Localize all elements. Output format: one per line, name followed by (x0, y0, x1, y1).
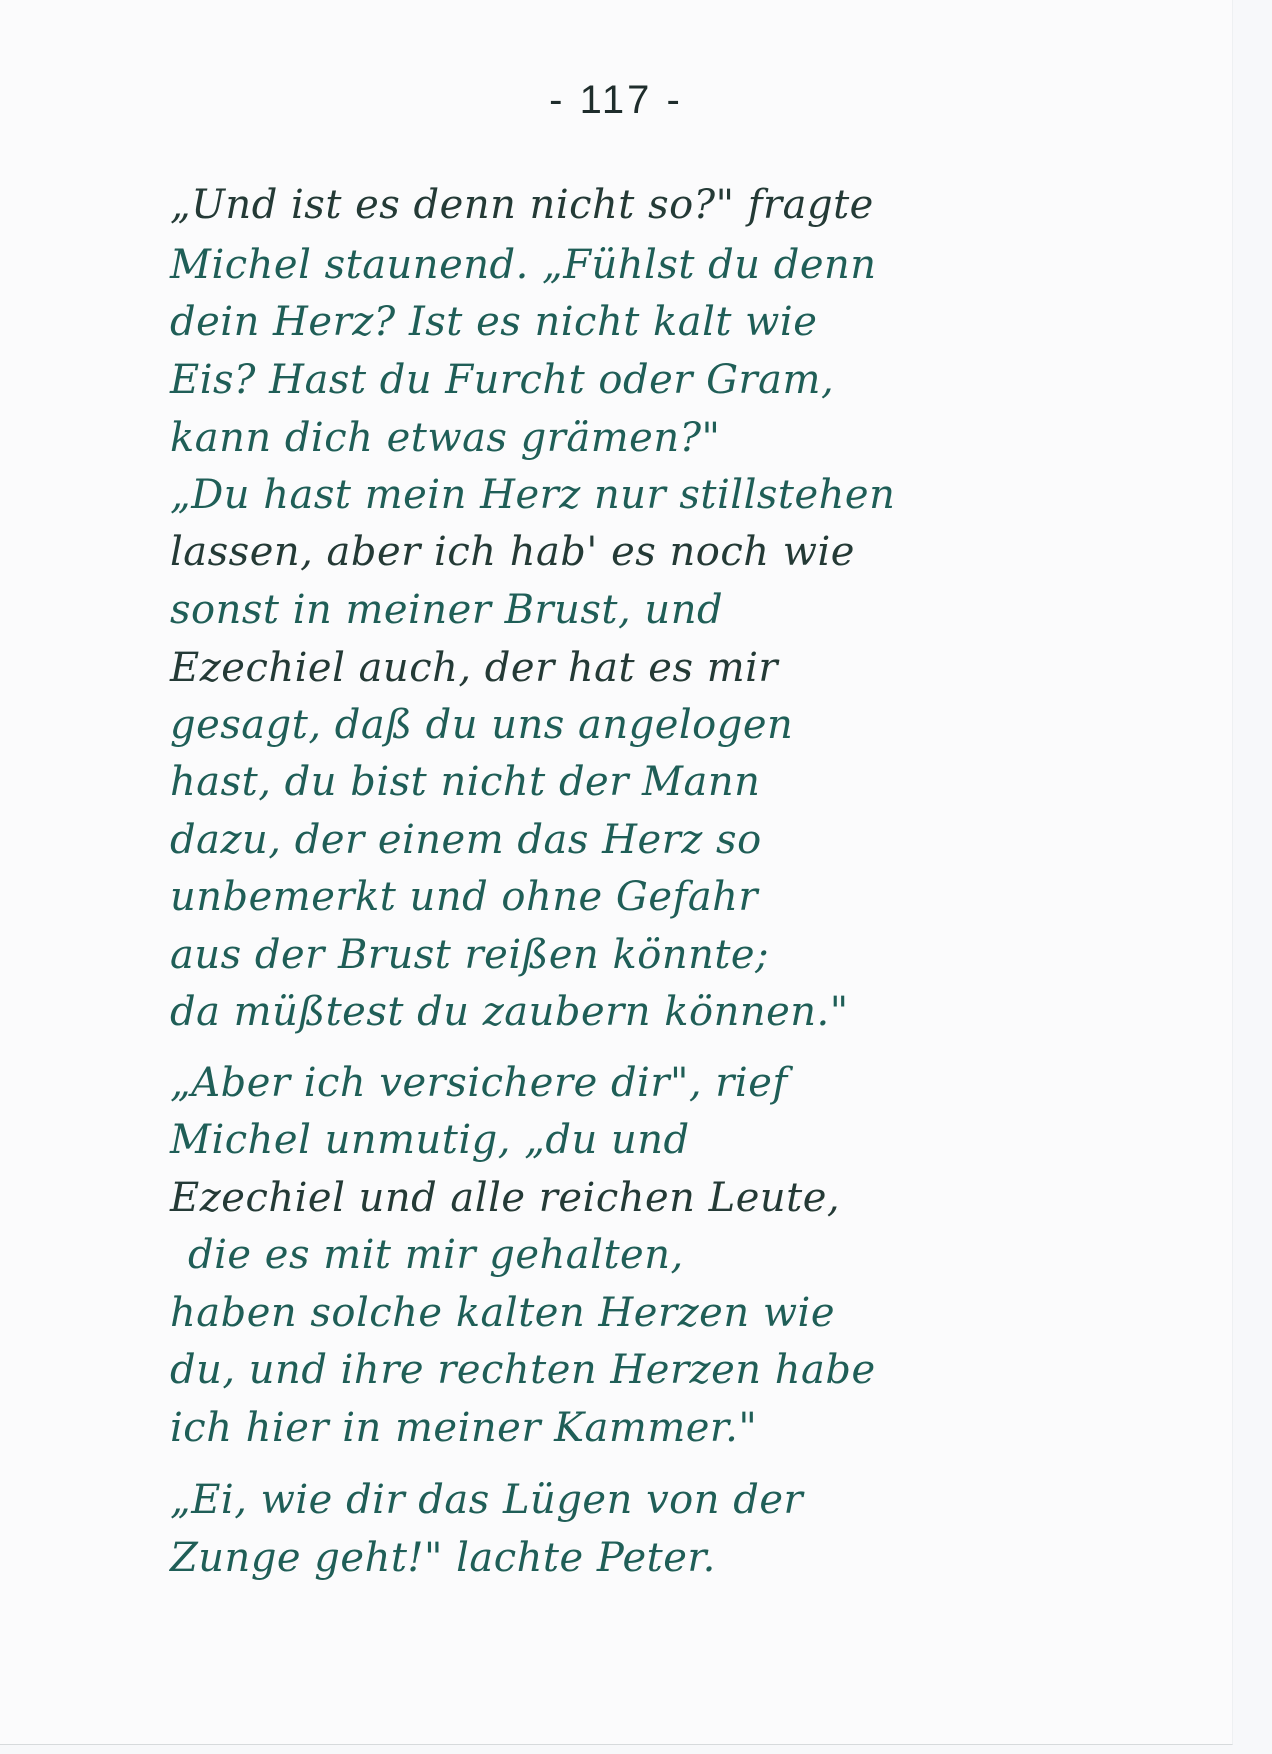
text-line: „Du hast mein Herz nur stillstehen (170, 475, 895, 515)
text-line: dazu, der einem das Herz so (170, 820, 762, 860)
text-line: du, und ihre rechten Herzen habe (170, 1350, 876, 1390)
text-line: Ezechiel und alle reichen Leute, (170, 1178, 840, 1218)
text-line: sonst in meiner Brust, und (170, 590, 723, 630)
text-line: unbemerkt und ohne Gefahr (170, 877, 758, 917)
text-line: Eis? Hast du Furcht oder Gram, (170, 360, 834, 400)
text-line: „Und ist es denn nicht so?" fragte (170, 185, 874, 225)
text-line: „Aber ich versichere dir", rief (170, 1063, 788, 1103)
text-line: haben solche kalten Herzen wie (170, 1293, 835, 1333)
text-line: kann dich etwas grämen?" (170, 418, 720, 458)
text-line: Zunge geht!" lachte Peter. (170, 1538, 716, 1578)
text-line: dein Herz? Ist es nicht kalt wie (170, 302, 817, 342)
text-line: Michel staunend. „Fühlst du denn (170, 245, 877, 285)
text-line: Ezechiel auch, der hat es mir (170, 648, 778, 688)
text-line: aus der Brust reißen könnte; (170, 935, 769, 975)
text-line: da müßtest du zaubern können." (170, 992, 849, 1032)
text-line: ich hier in meiner Kammer." (170, 1408, 757, 1448)
text-line: hast, du bist nicht der Mann (170, 762, 760, 802)
text-line: die es mit mir gehalten, (188, 1235, 684, 1275)
text-line: lassen, aber ich hab' es noch wie (170, 532, 855, 572)
text-line: gesagt, daß du uns angelogen (170, 705, 793, 745)
text-line: „Ei, wie dir das Lügen von der (170, 1480, 803, 1520)
paper-sheet: - 117 - „Und ist es denn nicht so?" frag… (0, 0, 1233, 1745)
page-number: - 117 - (0, 78, 1232, 123)
text-line: Michel unmutig, „du und (170, 1120, 690, 1160)
